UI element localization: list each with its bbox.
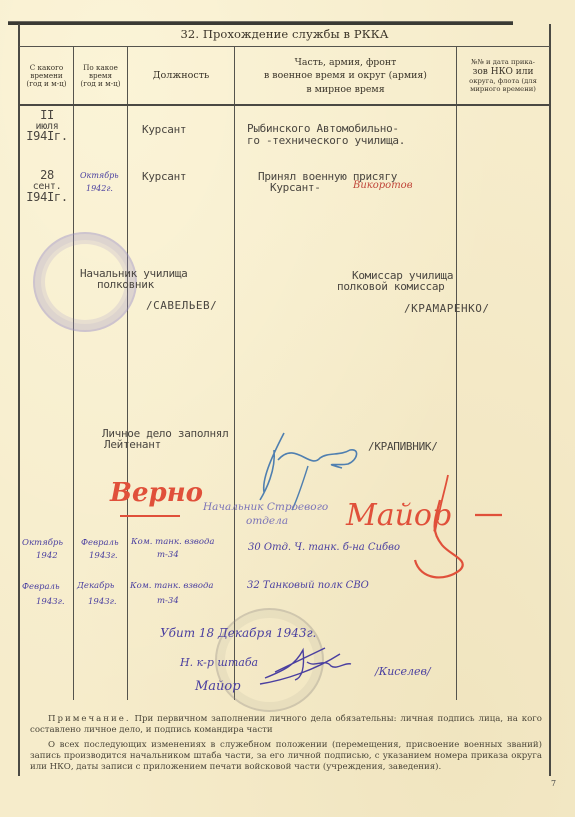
header-from-line: (год и м-ц) bbox=[26, 80, 66, 88]
death-record: Убит 18 Декабря 1943г. bbox=[160, 626, 316, 640]
row2-unit-line2: Курсант- bbox=[270, 182, 321, 193]
row3-from-year: 1942 bbox=[36, 551, 58, 561]
row1-position: Курсант bbox=[142, 124, 186, 135]
school-head-title-2: полковник bbox=[97, 279, 154, 290]
verified-title-1: Начальник Строевого bbox=[203, 501, 328, 513]
header-unit-line: Часть, армия, фронт bbox=[264, 56, 427, 70]
header-order-line: округа, флота (для bbox=[469, 77, 537, 85]
note-2: О всех последующих изменениях в служебно… bbox=[30, 740, 542, 773]
lieutenant-signature-icon bbox=[250, 430, 360, 505]
col-divider-2 bbox=[127, 47, 128, 700]
file-filled-title-2: Лейтенант bbox=[104, 439, 161, 450]
chief-of-staff-signature-icon bbox=[255, 640, 375, 690]
commissar-name: /КРАМАРЕНКО/ bbox=[404, 303, 489, 314]
verified-title-2: отдела bbox=[246, 515, 288, 527]
col-divider-3 bbox=[234, 47, 235, 700]
header-order-line: №№ и дата прика- bbox=[469, 58, 537, 66]
section-title: 32. Прохождение службы в РККА bbox=[19, 27, 550, 45]
death-record-signer-name: /Киселев/ bbox=[375, 665, 431, 678]
row4-unit: 32 Танковый полк СВО bbox=[247, 580, 369, 591]
row3-from-month: Октябрь bbox=[22, 538, 63, 548]
file-filled-name: /КРАПИВНИК/ bbox=[368, 441, 438, 452]
row2-from-day: 28 bbox=[22, 170, 72, 181]
table-bottom bbox=[19, 700, 550, 701]
verified-mark: Верно bbox=[110, 478, 203, 508]
header-order-line: зов НКО или bbox=[469, 67, 537, 78]
title-divider bbox=[19, 46, 550, 47]
oath-signature: Викоротов bbox=[353, 180, 413, 191]
row4-to-year: 1943г. bbox=[88, 597, 117, 607]
page-number: 7 bbox=[551, 779, 556, 788]
header-to-line: (год и м-ц) bbox=[80, 80, 120, 88]
row1-from-day: II bbox=[22, 110, 72, 121]
header-order: №№ и дата прика- зов НКО или округа, фло… bbox=[457, 50, 549, 102]
row3-position-line2: т-34 bbox=[157, 550, 179, 560]
table-left-border bbox=[18, 24, 20, 776]
row4-from-year: 1943г. bbox=[36, 597, 65, 607]
row4-position-line2: т-34 bbox=[157, 596, 179, 606]
table-right-border bbox=[549, 24, 551, 776]
col-divider-1 bbox=[73, 47, 74, 700]
death-record-signer-title: Н. к-р штаба bbox=[180, 656, 258, 669]
row1-from-year: I94Iг. bbox=[22, 131, 72, 142]
header-divider bbox=[19, 104, 550, 106]
row3-position-line1: Ком. танк. взвода bbox=[131, 537, 214, 547]
row1-unit-line2: го -технического училища. bbox=[247, 135, 405, 146]
red-signature-flourish-icon bbox=[390, 470, 530, 590]
row3-unit: 30 Отд. Ч. танк. б-на Сибво bbox=[248, 542, 400, 553]
header-unit: Часть, армия, фронт в военное время и ок… bbox=[235, 50, 456, 102]
header-order-line: мирного времени) bbox=[469, 85, 537, 93]
header-to: По какое время (год и м-ц) bbox=[74, 50, 127, 102]
note-1-label: Примечание. bbox=[48, 714, 131, 724]
row2-position: Курсант bbox=[142, 171, 186, 182]
school-head-name: /САВЕЛЬЕВ/ bbox=[146, 300, 217, 311]
row4-to-month: Декабрь bbox=[77, 581, 114, 591]
row4-from-month: Февраль bbox=[22, 582, 60, 592]
header-unit-line: в военное время и округ (армия) bbox=[264, 69, 427, 83]
row2-to-year: 1942г. bbox=[86, 184, 113, 193]
note-1: Примечание. При первичном заполнении лич… bbox=[30, 714, 542, 736]
row3-to-year: 1943г. bbox=[89, 551, 118, 561]
col-divider-4 bbox=[456, 47, 457, 700]
top-rule bbox=[8, 22, 513, 25]
row2-to-month: Октябрь bbox=[80, 171, 119, 180]
row1-unit-line1: Рыбинского Автомобильно- bbox=[247, 123, 399, 134]
death-record-signer-rank: Майор bbox=[195, 679, 241, 694]
header-position: Должность bbox=[128, 50, 234, 102]
header-from: С какого времени (год и м-ц) bbox=[20, 50, 73, 102]
row2-from-year: I94Iг. bbox=[22, 192, 72, 203]
row3-to-month: Февраль bbox=[81, 538, 119, 548]
verified-underline bbox=[120, 515, 180, 517]
row4-position-line1: Ком. танк. взвода bbox=[130, 581, 213, 591]
header-unit-line: в мирное время bbox=[264, 83, 427, 97]
commissar-title-2: полковой комиссар bbox=[337, 281, 444, 292]
